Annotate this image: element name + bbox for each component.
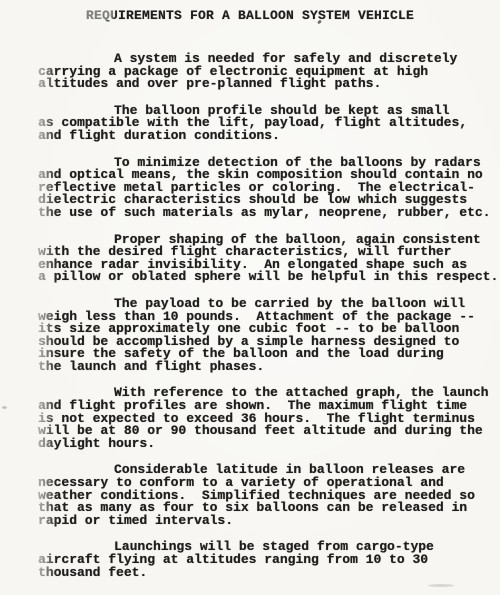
- paragraph-3: To minimize detection of the balloons by…: [38, 157, 490, 220]
- paragraph-4: Proper shaping of the balloon, again con…: [38, 234, 490, 284]
- scan-smudge-artifact: [428, 584, 454, 587]
- paragraph-5: The payload to be carried by the balloon…: [38, 298, 490, 374]
- paragraph-1: A system is needed for safely and discre…: [38, 53, 490, 91]
- document-title: REQUIREMENTS FOR A BALLOON SYSTEM VEHICL…: [0, 0, 500, 23]
- paragraph-2: The balloon profile should be kept as sm…: [38, 105, 490, 143]
- paragraph-7: Considerable latitude in balloon release…: [38, 464, 490, 527]
- paragraph-8: Launchings will be staged from cargo-typ…: [38, 541, 490, 579]
- paragraph-6: With reference to the attached graph, th…: [38, 387, 490, 450]
- document-page: REQUIREMENTS FOR A BALLOON SYSTEM VEHICL…: [0, 0, 500, 595]
- document-body: A system is needed for safely and discre…: [0, 53, 500, 579]
